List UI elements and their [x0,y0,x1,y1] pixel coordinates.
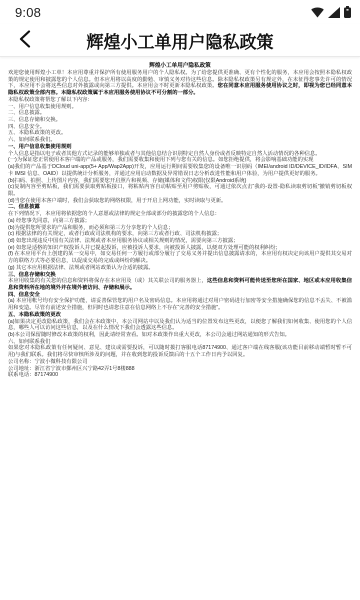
battery-icon [344,6,351,18]
policy-paragraph: 五、本隐私政策的更改。 [8,130,352,137]
status-icons [311,6,351,18]
page-title: 辉煌小工单用户隐私政策 [0,28,360,53]
policy-paragraph: 如果您对本隐私政策有任何疑问、意见、建议或需要投诉，可以随时拨打客服电话8717… [8,345,352,358]
wifi-icon [311,7,324,18]
cellular-signal-icon [328,7,340,18]
nav-bar: 辉煌小工单用户隐私政策 [0,24,360,57]
policy-paragraph: (b)本公司保留随时修改本政策的权利，因此请经常查看。如对本政策作出重大更改，本… [8,332,352,339]
policy-paragraph: 本应用收集的有关您的信息和资料将保存在本应用及（或）其关联公司的服务器上，这些信… [8,278,352,291]
policy-paragraph: 欢迎您使用辉煌小工单！本应用尊重并保护所有使用服务用户的个人隐私权。为了给您提供… [8,70,352,97]
policy-paragraph: 在下列情况下，本应用将依据您的个人意愿或法律的规定全部或部分的披露您的个人信息： [8,211,352,218]
policy-paragraph: (a)我们的产品基于DCloud uni-app(5+ App/Wap2App)… [8,164,352,177]
policy-paragraph: 联系电话：87174900 [8,372,352,379]
policy-paragraph: 一、用户信息收集使用规则。 [8,104,352,111]
chevron-left-icon [19,30,31,51]
policy-paragraph: (g) 其它本应用根据法律、法规或者网站政策认为合适的披露。 [8,265,352,272]
policy-paragraph: 一、用户信息收集使用规则 [8,144,352,151]
policy-paragraph: (d) 如您出现违反中国有关法律、法规或者本应用服务协议或相关规则的情况，需要向… [8,238,352,245]
policy-body: 欢迎您使用辉煌小工单！本应用尊重并保护所有使用服务用户的个人隐私权。为了给您提供… [8,70,352,379]
policy-paragraph: 公司名称：宁波小微科技有限公司 [8,359,352,366]
policy-paragraph: 公司地址：浙江省宁波市鄞州区兴宁路42弄1号8楼888 [8,366,352,373]
status-bar: 9:08 [0,0,360,24]
policy-paragraph: (a) 经您事先同意，向第三方披露； [8,218,352,225]
policy-scroll-area[interactable]: 辉煌小工单用户隐私政策 欢迎您使用辉煌小工单！本应用尊重并保护所有使用服务用户的… [0,57,360,600]
policy-document-title: 辉煌小工单用户隐私政策 [8,62,352,70]
policy-paragraph: (d)当您在使用本客户端时，我们会获取您的网络权限，用于开启上网功能，实时读取与… [8,198,352,205]
status-time: 9:08 [15,5,41,20]
back-button[interactable] [8,24,42,57]
policy-paragraph: (f) 在本应用平台上创建的某一交易中，如交易任何一方履行或部分履行了交易义务并… [8,251,352,264]
policy-paragraph: 三、信息存储和交换。 [8,117,352,124]
policy-paragraph: (a)如果决定更改隐私政策，我们会在本政策中、本公司网站中以及我们认为适当的位置… [8,319,352,332]
policy-paragraph: 六、如何联系我们。 [8,137,352,144]
policy-paragraph: (c)复制内容至剪贴板，我们需要获取剪贴板接口，将粘贴内容自动粘贴至用户剪贴板，… [8,184,352,197]
app-screen: 9:08 辉煌小工单用户隐私政策 辉煌小工单用户 [0,0,360,600]
policy-paragraph: 五、本隐私政策的更改 [8,312,352,319]
policy-paragraph: 本隐私权政策将帮您了解以下内容： [8,97,352,104]
policy-paragraph: (a) 本应用帐号均有安全保护功能，请妥善保管您的用户名及密码信息。本应用将通过… [8,298,352,311]
policy-paragraph: (c) 根据法律的有关规定，或者行政或司法机构的要求，向第三方或者行政、司法机构… [8,231,352,238]
